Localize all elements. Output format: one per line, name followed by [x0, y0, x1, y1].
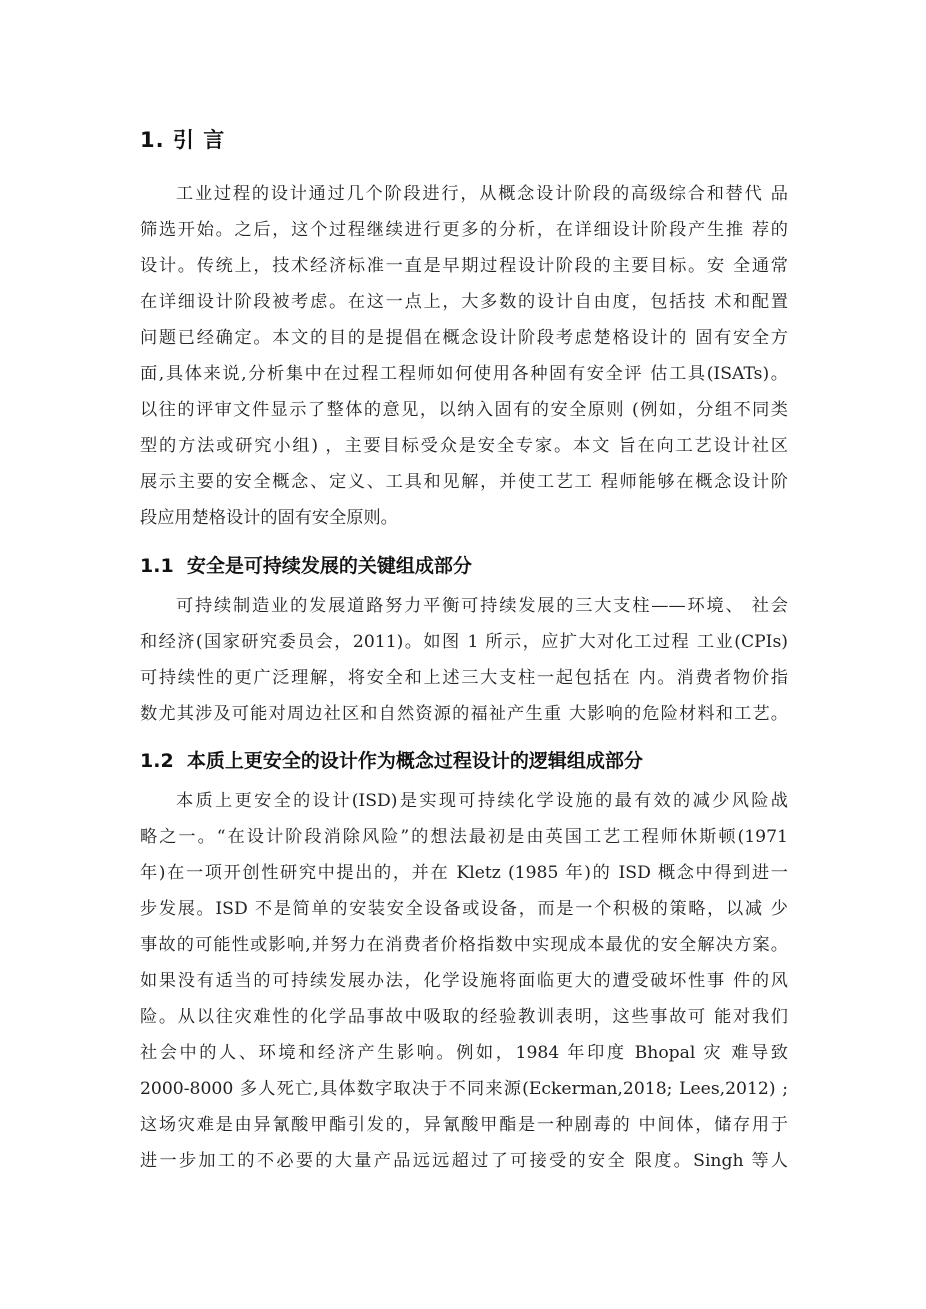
text-line: 这场灾难是由异氰酸甲酯引发的，异氰酸甲酯是一种剧毒的 中间体，储存用于 — [140, 1107, 788, 1143]
text-line: 略之一。“在设计阶段消除风险”的想法最初是由英国工艺工程师休斯顿(1971 — [140, 819, 788, 855]
text-line: 步发展。ISD 不是简单的安装安全设备或设备，而是一个积极的策略，以减 少 — [140, 891, 788, 927]
section-heading-1-2: 1.2 本质上更安全的设计作为概念过程设计的逻辑组成部分 — [140, 746, 643, 773]
text-line: 进一步加工的不必要的大量产品远远超过了可接受的安全 限度。Singh 等人 — [140, 1143, 788, 1179]
text-line: 本质上更安全的设计(ISD)是实现可持续化学设施的最有效的减少风险战 — [140, 783, 788, 819]
text-line: 问题已经确定。本文的目的是提倡在概念设计阶段考虑楚格设计的 固有安全方 — [140, 320, 788, 356]
text-line: 可持续制造业的发展道路努力平衡可持续发展的三大支柱——环境、 社会 — [140, 588, 788, 624]
text-line: 设计。传统上，技术经济标准一直是早期过程设计阶段的主要目标。安 全通常 — [140, 248, 788, 284]
text-line: 面,具体来说,分析集中在过程工程师如何使用各种固有安全评 估工具(ISATs)。 — [140, 356, 788, 392]
section-heading-1-1: 1.1 安全是可持续发展的关键组成部分 — [140, 551, 472, 578]
text-line: 数尤其涉及可能对周边社区和自然资源的福祉产生重 大影响的危险材料和工艺。 — [140, 696, 788, 732]
text-line: 年)在一项开创性研究中提出的，并在 Kletz (1985 年)的 ISD 概念… — [140, 855, 788, 891]
text-line: 筛选开始。之后，这个过程继续进行更多的分析，在详细设计阶段产生推 荐的 — [140, 212, 788, 248]
text-line: 在详细设计阶段被考虑。在这一点上，大多数的设计自由度，包括技 术和配置 — [140, 284, 788, 320]
text-line: 可持续性的更广泛理解，将安全和上述三大支柱一起包括在 内。消费者物价指 — [140, 660, 788, 696]
text-line: 以往的评审文件显示了整体的意见，以纳入固有的安全原则 (例如，分组不同类 — [140, 392, 788, 428]
text-line: 型的方法或研究小组) ，主要目标受众是安全专家。本文 旨在向工艺设计社区 — [140, 428, 788, 464]
text-line: 险。从以往灾难性的化学品事故中吸取的经验教训表明，这些事故可 能对我们 — [140, 999, 788, 1035]
text-line: 事故的可能性或影响,并努力在消费者价格指数中实现成本最优的安全解决方案。 — [140, 927, 788, 963]
text-line: 2000-8000 多人死亡,具体数字取决于不同来源(Eckerman,2018… — [140, 1071, 788, 1107]
text-line: 和经济(国家研究委员会，2011)。如图 1 所示，应扩大对化工过程 工业(CP… — [140, 624, 788, 660]
text-line: 展示主要的安全概念、定义、工具和见解，并使工艺工 程师能够在概念设计阶 — [140, 464, 788, 500]
section-heading-introduction: 1. 引 言 — [140, 124, 225, 154]
text-line: 段应用楚格设计的固有安全原则。 — [140, 500, 788, 536]
text-line: 社会中的人、环境和经济产生影响。例如，1984 年印度 Bhopal 灾 难导致 — [140, 1035, 788, 1071]
text-line: 工业过程的设计通过几个阶段进行，从概念设计阶段的高级综合和替代 品 — [140, 176, 788, 212]
text-line: 如果没有适当的可持续发展办法，化学设施将面临更大的遭受破坏性事 件的风 — [140, 963, 788, 999]
